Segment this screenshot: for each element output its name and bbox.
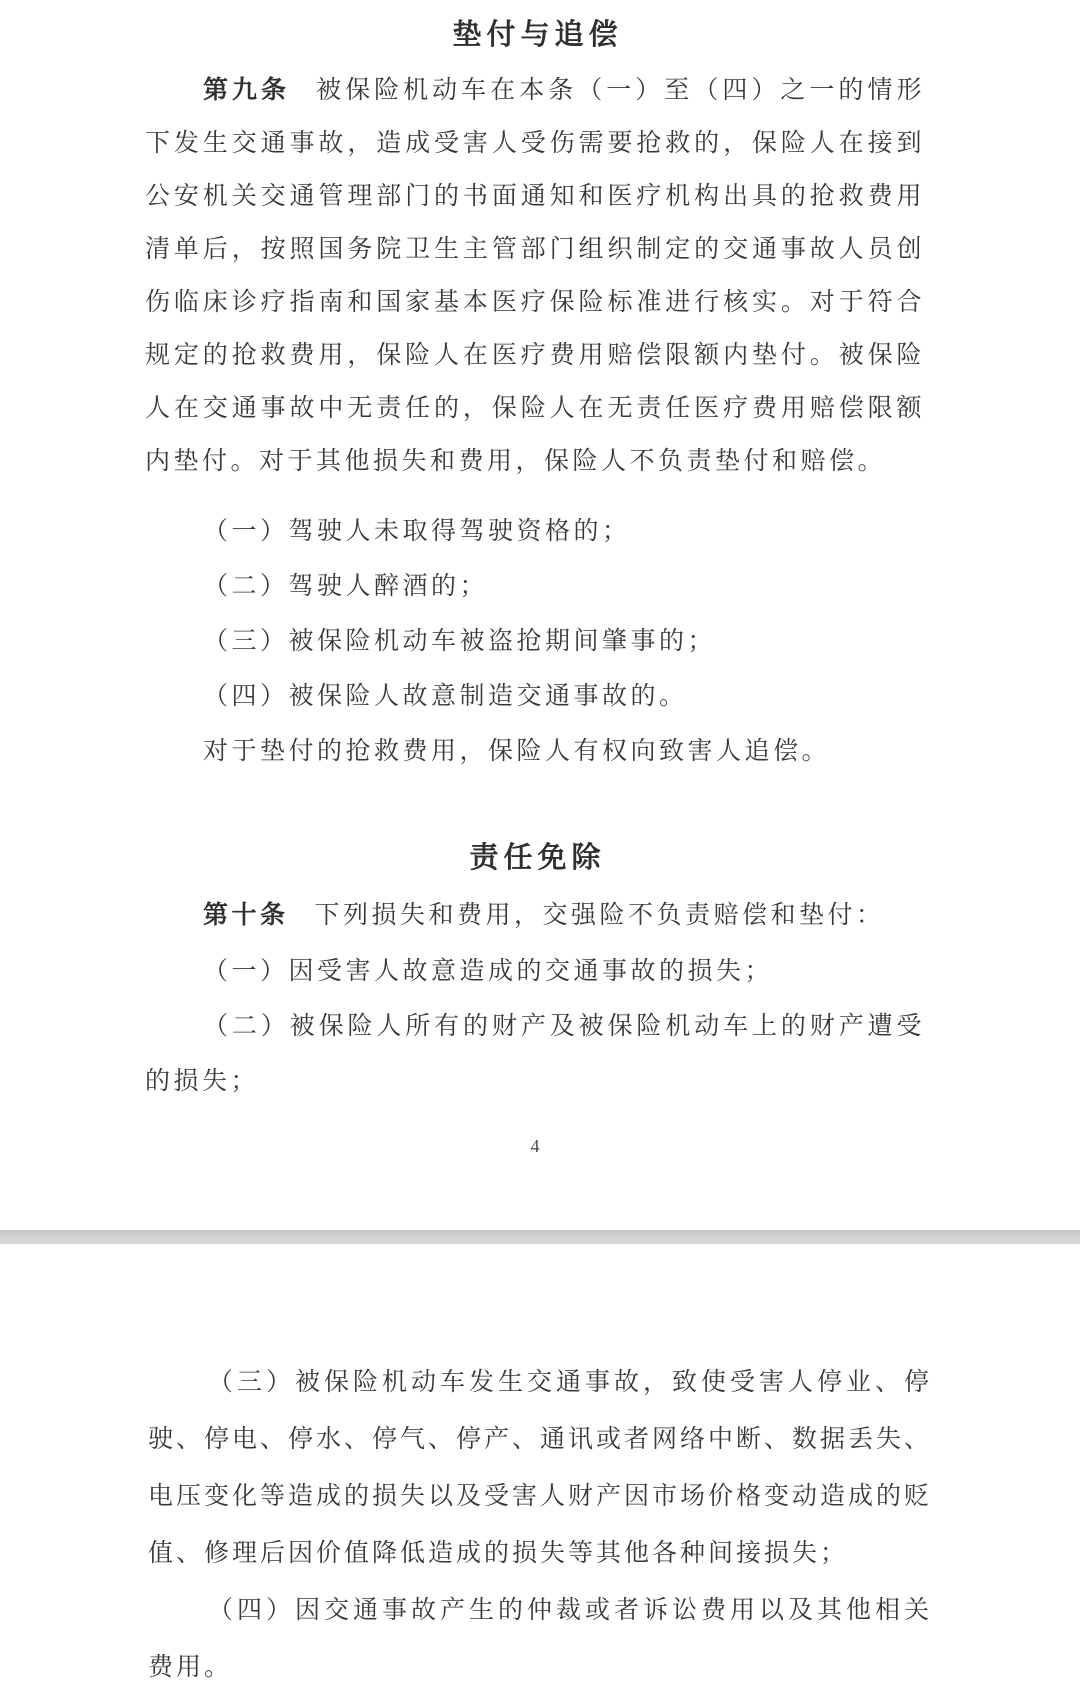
- section-heading-advance-payment-and-recovery: 垫付与追偿: [145, 16, 925, 54]
- article-9-label: 第九条: [203, 77, 290, 104]
- article-9-paragraph: 第九条被保险机动车在本条（一）至（四）之一的情形下发生交通事故，造成受害人受伤需…: [145, 64, 925, 488]
- article-9-closing-paragraph: 对于垫付的抢救费用，保险人有权向致害人追偿。: [145, 724, 925, 779]
- list-item: （四）被保险人故意制造交通事故的。: [145, 669, 925, 724]
- list-item: （四）因交通事故产生的仲裁或者诉讼费用以及其他相关费用。: [148, 1582, 932, 1696]
- list-item: （二）驾驶人醉酒的；: [145, 559, 925, 614]
- article-9-body-text: 被保险机动车在本条（一）至（四）之一的情形下发生交通事故，造成受害人受伤需要抢救…: [145, 77, 925, 475]
- document-page-5: （三）被保险机动车发生交通事故，致使受害人停业、停驶、停电、停水、停气、停产、通…: [0, 1244, 1080, 1701]
- section-heading-exclusion-of-liability: 责任免除: [145, 839, 925, 877]
- article-10-body-text: 下列损失和费用，交强险不负责赔偿和垫付：: [315, 902, 885, 929]
- document-page-4: 垫付与追偿 第九条被保险机动车在本条（一）至（四）之一的情形下发生交通事故，造成…: [0, 0, 1080, 1230]
- list-item: （一）因受害人故意造成的交通事故的损失；: [145, 944, 925, 999]
- article-10-label: 第十条: [203, 902, 289, 929]
- page-number: 4: [145, 1134, 925, 1158]
- list-item: （一）驾驶人未取得驾驶资格的；: [145, 504, 925, 559]
- list-item: （二）被保险人所有的财产及被保险机动车上的财产遭受的损失；: [145, 999, 925, 1109]
- list-item: （三）被保险机动车被盗抢期间肇事的；: [145, 614, 925, 669]
- list-item: （三）被保险机动车发生交通事故，致使受害人停业、停驶、停电、停水、停气、停产、通…: [148, 1354, 932, 1582]
- page-divider: [0, 1230, 1080, 1244]
- article-10-paragraph: 第十条下列损失和费用，交强险不负责赔偿和垫付：: [145, 889, 925, 942]
